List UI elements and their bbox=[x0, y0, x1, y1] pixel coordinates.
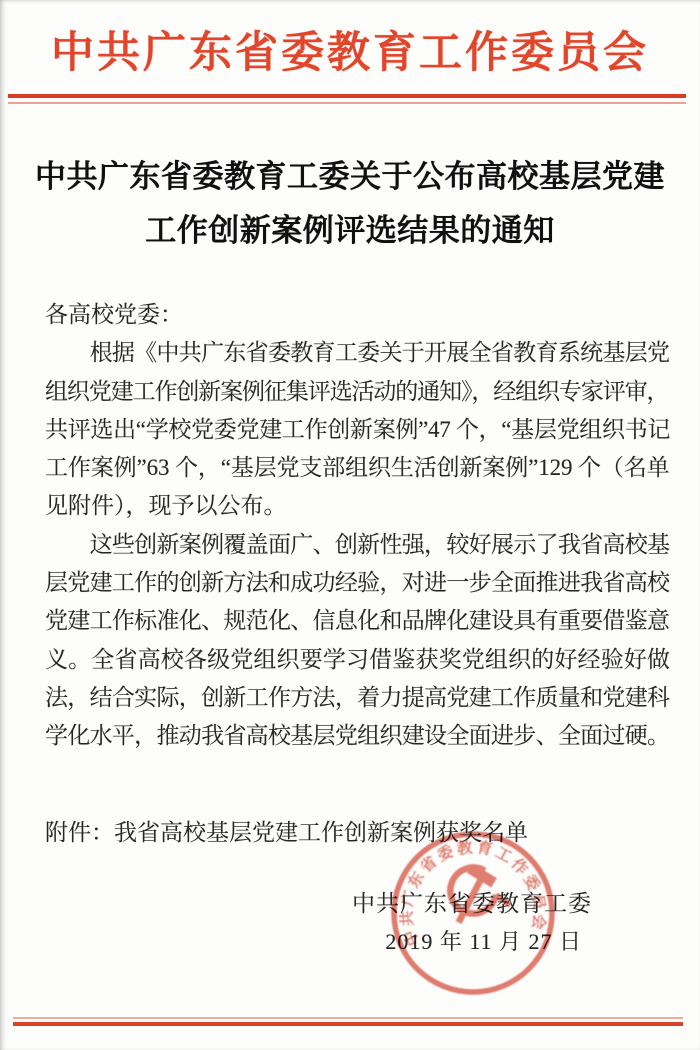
doc-body: 各高校党委： 根据《中共广东省委教育工委关于开展全省教育系统基层党组织党建工作创… bbox=[45, 296, 670, 756]
doc-title: 中共广东省委教育工委关于公布高校基层党建 工作创新案例评选结果的通知 bbox=[20, 150, 680, 258]
header-divider-thin bbox=[8, 102, 686, 104]
footer-divider-thick bbox=[13, 1022, 683, 1027]
body-line: 见附件），现予以公布。 bbox=[45, 487, 670, 525]
doc-title-line-2: 工作创新案例评选结果的通知 bbox=[20, 204, 680, 258]
org-header-text: 中共广东省委教育工作委员会 bbox=[0, 22, 700, 86]
doc-title-line-1: 中共广东省委教育工委关于公布高校基层党建 bbox=[20, 150, 680, 204]
body-line: 层党建工作的创新方法和成功经验，对进一步全面推进我省高校 bbox=[45, 564, 670, 602]
body-line: 工作案例”63 个，“基层党支部组织生活创新案例”129 个（名单 bbox=[45, 449, 670, 487]
document-page: 中共广东省委教育工作委员会 中共广东省委教育工委关于公布高校基层党建 工作创新案… bbox=[0, 0, 700, 1050]
body-line: 法，结合实际，创新工作方法，着力提高党建工作质量和党建科 bbox=[45, 679, 670, 717]
footer-divider-thin bbox=[13, 1017, 683, 1019]
body-line: 共评选出“学校党委党建工作创新案例”47 个，“基层党组织书记 bbox=[45, 411, 670, 449]
body-line: 党建工作标准化、规范化、信息化和品牌化建设具有重要借鉴意 bbox=[45, 602, 670, 640]
body-line: 义。全省高校各级党组织要学习借鉴获奖党组织的好经验好做 bbox=[45, 641, 670, 679]
body-line: 学化水平，推动我省高校基层党组织建设全面进步、全面过硬。 bbox=[45, 717, 670, 755]
signature-org: 中共广东省委教育工委 bbox=[352, 889, 592, 919]
attachment-note: 附件：我省高校基层党建工作创新案例获奖名单 bbox=[45, 814, 670, 852]
body-line: 根据《中共广东省委教育工委关于开展全省教育系统基层党 bbox=[45, 334, 670, 372]
body-line: 这些创新案例覆盖面广、创新性强，较好展示了我省高校基 bbox=[45, 526, 670, 564]
body-line: 组织党建工作创新案例征集评选活动的通知》，经组织专家评审， bbox=[45, 373, 670, 411]
signature-date: 2019 年 11 月 27 日 bbox=[385, 927, 582, 957]
header-divider-thick bbox=[8, 94, 686, 98]
body-line: 各高校党委： bbox=[45, 296, 670, 334]
